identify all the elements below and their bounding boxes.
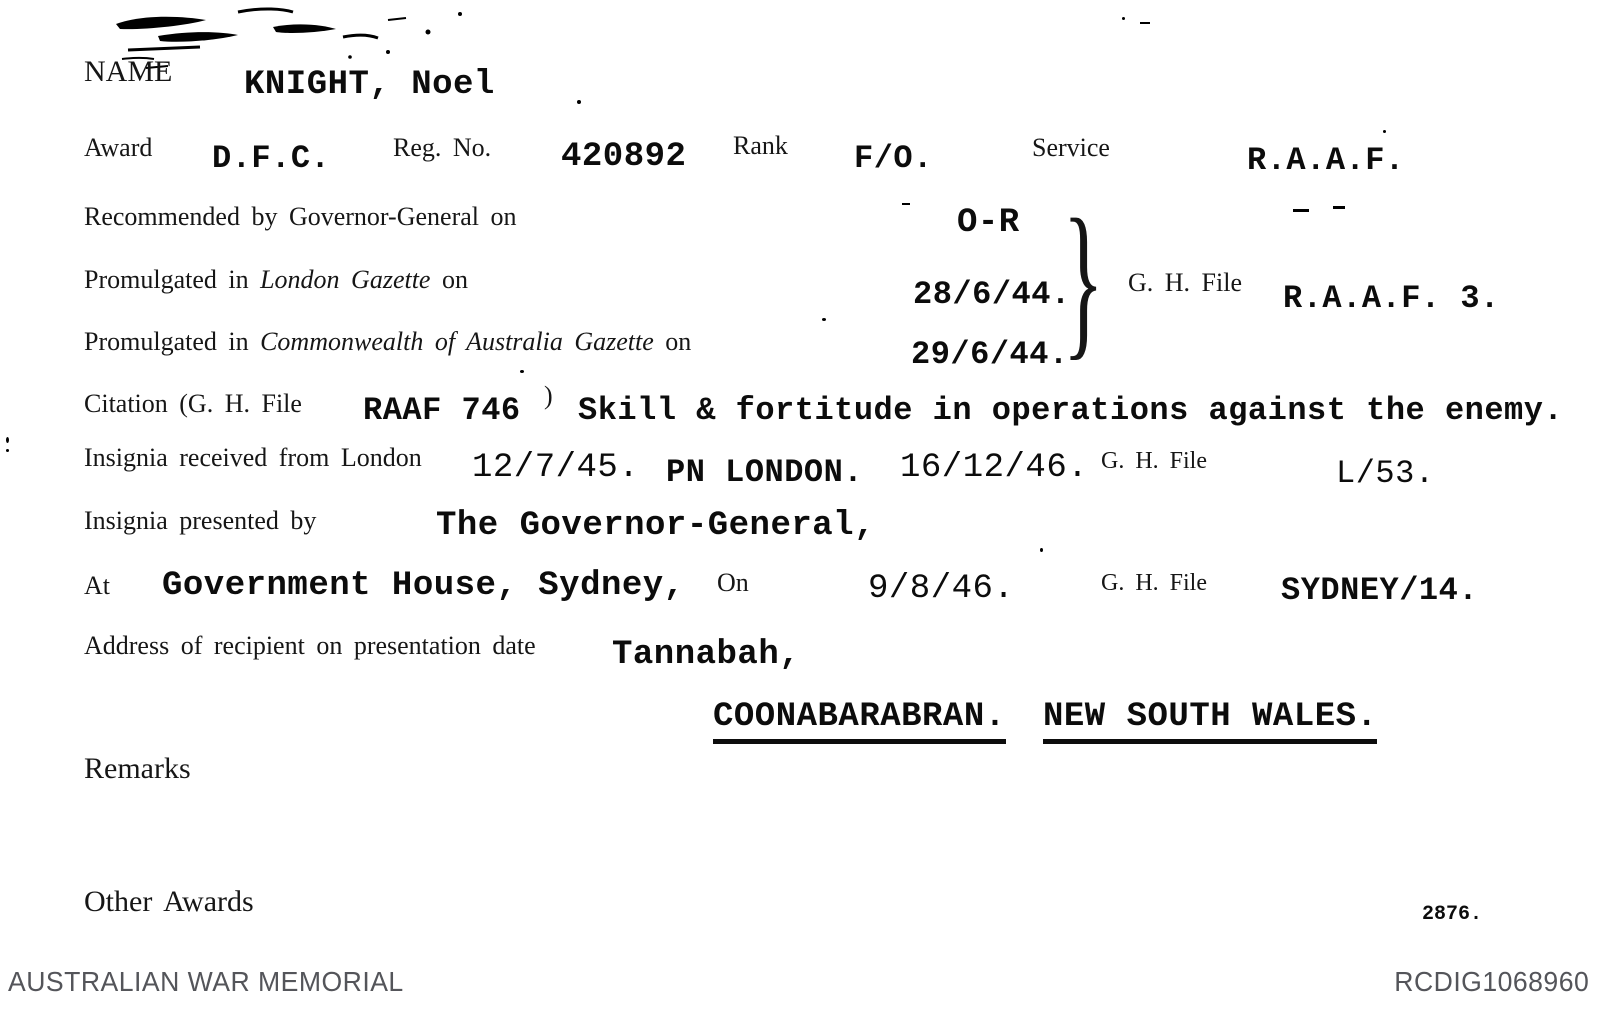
citation-text: Skill & fortitude in operations against … (578, 392, 1563, 429)
address-line1: Tannabah, (612, 636, 800, 674)
other-awards-label: Other Awards (84, 885, 254, 919)
recommended-value: O-R (957, 204, 1020, 242)
citation-label: Citation (G. H. File (84, 389, 302, 419)
scan-speck (6, 449, 9, 452)
reg-no-value: 420892 (561, 138, 686, 176)
promulgated-cth-journal: Commonwealth of Australia Gazette (260, 327, 654, 356)
presented-gh-file-label: G. H. File (1101, 570, 1207, 597)
scan-speck (1293, 209, 1309, 212)
promulgated-cth-prefix: Promulgated in (84, 327, 249, 356)
award-value: D.F.C. (212, 140, 330, 177)
promulgated-london-journal: London Gazette (260, 265, 430, 294)
scan-speck (520, 370, 524, 373)
insignia-received-note: PN LONDON. (666, 454, 863, 491)
award-label: Award (84, 133, 152, 163)
insignia-received-label: Insignia received from London (84, 443, 422, 473)
name-value: KNIGHT, Noel (244, 66, 495, 104)
card-number: 2876. (1422, 903, 1482, 926)
reg-no-label: Reg. No. (393, 133, 491, 163)
insignia-received-gh-file-value: L/53. (1336, 455, 1435, 492)
insignia-presented-label: Insignia presented by (84, 506, 316, 536)
scan-speck (1383, 130, 1386, 133)
scan-speck (1122, 17, 1125, 20)
insignia-received-date1: 12/7/45. (472, 449, 639, 487)
footer-record-id: RCDIG1068960 (1394, 966, 1589, 998)
recommended-label: Recommended by Governor-General on (84, 202, 517, 232)
promulgated-london-label: Promulgated in London Gazette on (84, 265, 468, 295)
presented-on-label: On (717, 568, 749, 598)
insignia-presented-value: The Governor-General, (436, 507, 875, 545)
scan-speck (1333, 206, 1345, 209)
award-card-scan: NAME KNIGHT, Noel Award D.F.C. Reg. No. … (0, 0, 1599, 1017)
presented-on-value: 9/8/46. (868, 570, 1014, 608)
scan-speck (822, 318, 826, 321)
name-label: NAME (84, 55, 172, 89)
presented-at-label: At (84, 571, 110, 601)
service-value: R.A.A.F. (1247, 142, 1405, 179)
rank-value: F/O. (854, 140, 933, 177)
gh-file-main-label: G. H. File (1128, 268, 1242, 298)
scan-speck (577, 100, 581, 104)
address-state: NEW SOUTH WALES. (1043, 698, 1377, 744)
citation-file-value: RAAF 746 (363, 392, 521, 429)
presented-gh-file-value: SYDNEY/14. (1281, 572, 1478, 609)
address-label: Address of recipient on presentation dat… (84, 631, 536, 661)
scan-speck (1140, 22, 1150, 24)
insignia-received-date2: 16/12/46. (900, 449, 1088, 487)
scan-speck (1040, 548, 1043, 552)
remarks-label: Remarks (84, 752, 191, 786)
service-label: Service (1032, 133, 1110, 163)
insignia-received-gh-file-label: G. H. File (1101, 448, 1207, 475)
scan-speck (6, 437, 9, 443)
address-town: COONABARABRAN. (713, 698, 1006, 744)
scan-speck (902, 203, 910, 205)
presented-at-value: Government House, Sydney, (162, 567, 685, 605)
citation-close-paren: ) (544, 381, 553, 411)
promulgated-london-suffix: on (442, 265, 468, 294)
promulgated-cth-value: 29/6/44. (911, 336, 1069, 373)
promulgated-cth-suffix: on (665, 327, 691, 356)
rank-label: Rank (733, 131, 788, 161)
promulgated-london-value: 28/6/44. (913, 276, 1071, 313)
brace-glyph: } (1063, 194, 1104, 366)
footer-institution: AUSTRALIAN WAR MEMORIAL (8, 966, 404, 998)
gh-file-main-value: R.A.A.F. 3. (1283, 280, 1500, 317)
promulgated-london-prefix: Promulgated in (84, 265, 249, 294)
promulgated-cth-label: Promulgated in Commonwealth of Australia… (84, 327, 691, 357)
